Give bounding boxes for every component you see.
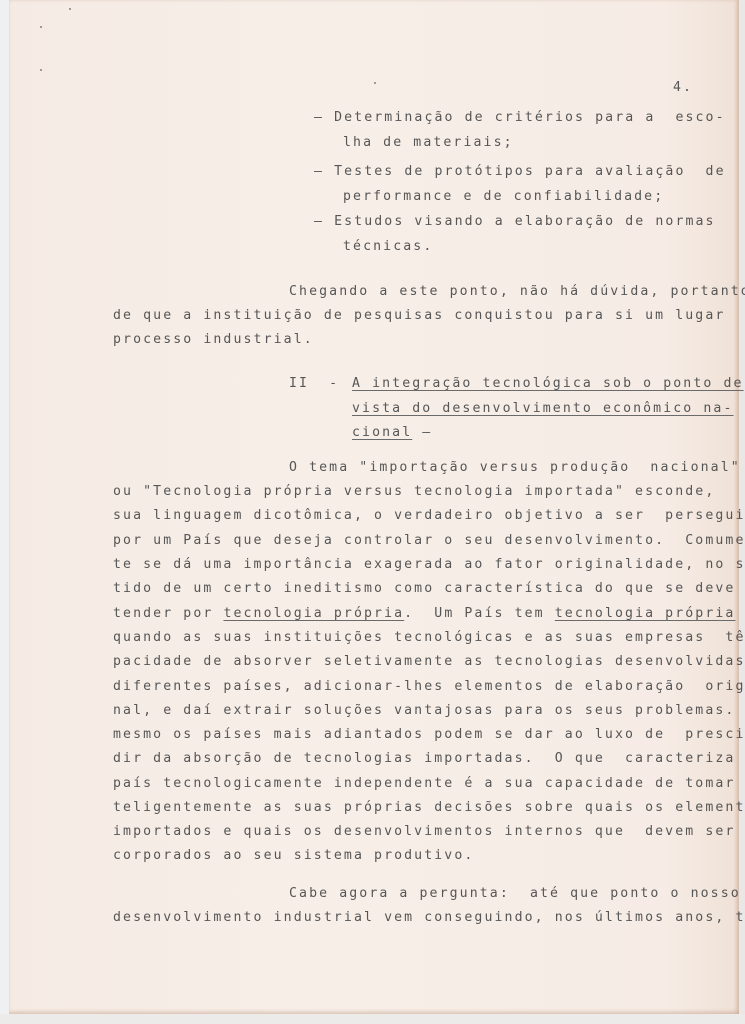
emphasis-underline: tecnologia própria [555, 606, 736, 621]
paragraph-line: tido de um certo ineditismo como caracte… [113, 581, 745, 597]
paragraph-line: diferentes países, adicionar-lhes elemen… [113, 679, 745, 695]
paper-speck [40, 26, 42, 28]
paper-speck [40, 69, 42, 71]
paragraph-line: teligentemente as suas próprias decisões… [113, 800, 745, 816]
paragraph-line: ou "Tecnologia própria versus tecnologia… [113, 484, 745, 500]
paragraph-line: país tecnologicamente independente é a s… [113, 776, 745, 792]
paper-speck [69, 8, 71, 10]
em-dash: — [314, 214, 324, 229]
section-title-line: cional — [352, 425, 432, 441]
paragraph-line: mesmo os países mais adiantados podem se… [113, 727, 745, 743]
paragraph-line: importados e quais os desenvolvimentos i… [113, 824, 745, 840]
paragraph-line: sua linguagem dicotômica, o verdadeiro o… [113, 508, 745, 524]
list-item: — Testes de protótipos para avaliação de [314, 164, 726, 180]
paragraph-line: desenvolvimento industrial vem conseguin… [113, 910, 745, 926]
em-dash: — [314, 110, 324, 125]
emphasis-underline: tecnologia própria [223, 606, 404, 621]
list-item-continuation: performance e de confiabilidade; [343, 189, 664, 205]
list-item: — Determinação de critérios para a esco- [314, 110, 726, 126]
paragraph-line: nal, e daí extrair soluções vantajosas p… [113, 703, 745, 719]
paragraph-line: processo industrial. [113, 332, 314, 348]
page-number: 4. [673, 80, 693, 96]
paragraph-line: corporados ao seu sistema produtivo. [113, 848, 474, 864]
paragraph-line: Chegando a este ponto, não há dúvida, po… [289, 284, 745, 300]
list-item: — Estudos visando a elaboração de normas [314, 214, 716, 230]
list-item-continuation: lha de materiais; [343, 135, 514, 151]
section-title-line: vista do desenvolvimento econômico na- [352, 401, 734, 417]
paragraph-line: pacidade de absorver seletivamente as te… [113, 654, 745, 670]
em-dash: — [314, 164, 324, 179]
paragraph-line: por um País que deseja controlar o seu d… [113, 533, 745, 549]
section-title-line: A integração tecnológica sob o ponto de [352, 376, 744, 392]
paragraph-line: tender por tecnologia própria. Um País t… [113, 606, 735, 622]
paragraph-line: O tema "importação versus produção nacio… [289, 460, 741, 476]
paragraph-line: de que a instituição de pesquisas conqui… [113, 308, 745, 324]
list-item-continuation: técnicas. [343, 239, 433, 255]
em-dash: — [412, 425, 432, 440]
scan-left-edge [0, 0, 9, 1024]
paper-speck [374, 82, 376, 84]
paragraph-line: te se dá uma importância exagerada ao fa… [113, 557, 745, 573]
paragraph-line: quando as suas instituições tecnológicas… [113, 630, 745, 646]
paragraph-line: dir da absorção de tecnologias importada… [113, 751, 745, 767]
paragraph-line: Cabe agora a pergunta: até que ponto o n… [289, 886, 741, 902]
section-numeral: II - [289, 376, 339, 392]
scan-bottom-edge [0, 1014, 745, 1024]
